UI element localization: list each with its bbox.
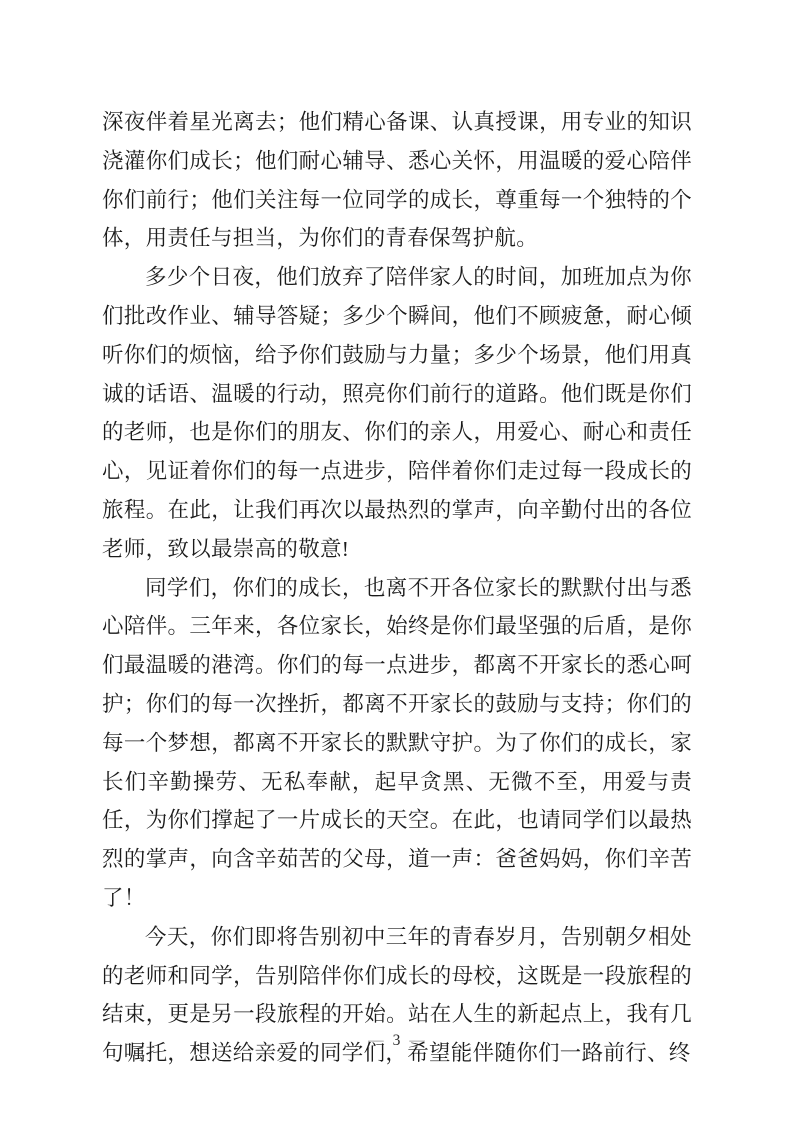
paragraph-2: 多少个日夜，他们放弃了陪伴家人的时间，加班加点为你们批改作业、辅导答疑；多少个瞬… (102, 258, 692, 568)
paragraph-1: 深夜伴着星光离去；他们精心备课、认真授课，用专业的知识浇灌你们成长；他们耐心辅导… (102, 103, 692, 258)
page-footer: —3— (0, 1030, 793, 1052)
page-number: 3 (393, 1032, 401, 1049)
footer-dash-left: — (368, 1032, 384, 1049)
document-body: 深夜伴着星光离去；他们精心备课、认真授课，用专业的知识浇灌你们成长；他们耐心辅导… (102, 103, 692, 1073)
paragraph-3: 同学们，你们的成长，也离不开各位家长的默默付出与悉心陪伴。三年来，各位家长，始终… (102, 569, 692, 918)
footer-dash-right: — (409, 1032, 425, 1049)
document-page: 深夜伴着星光离去；他们精心备课、认真授课，用专业的知识浇灌你们成长；他们耐心辅导… (0, 0, 793, 1122)
